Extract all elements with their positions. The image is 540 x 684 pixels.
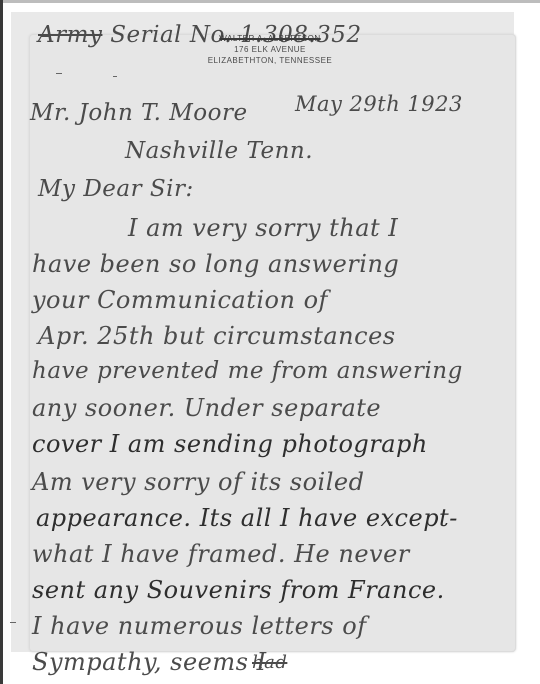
body-line: have been so long answering bbox=[32, 250, 399, 278]
margin-mark bbox=[56, 73, 62, 74]
body-line: cover I am sending photograph bbox=[32, 430, 428, 458]
body-line: Apr. 25th but circumstances bbox=[38, 322, 396, 350]
letterhead-city: ELIZABETHTON, TENNESSEE bbox=[10, 56, 530, 67]
letter-date: May 29th 1923 bbox=[295, 92, 463, 116]
body-line: what I have framed. He never bbox=[32, 540, 410, 568]
last-line-text: Sympathy, seems I bbox=[32, 648, 267, 676]
body-line: Am very sorry of its soiled bbox=[32, 468, 364, 496]
recipient-name: Mr. John T. Moore bbox=[30, 100, 248, 126]
body-line: appearance. Its all I have except- bbox=[36, 504, 458, 532]
body-line: I have numerous letters of bbox=[32, 612, 367, 640]
margin-mark bbox=[10, 622, 16, 623]
left-border bbox=[0, 0, 3, 684]
body-line: sent any Souvenirs from France. bbox=[32, 576, 445, 604]
body-line-last: had Sympathy, seems I bbox=[32, 648, 267, 676]
margin-mark bbox=[113, 76, 117, 77]
body-line: have prevented me from answering bbox=[32, 358, 463, 384]
top-border bbox=[0, 0, 540, 3]
salutation: My Dear Sir: bbox=[38, 176, 194, 202]
letterhead-name: WALTER A. ALBERTSON bbox=[10, 34, 530, 45]
body-line: your Communication of bbox=[32, 286, 328, 314]
body-line: I am very sorry that I bbox=[128, 214, 398, 242]
recipient-location: Nashville Tenn. bbox=[125, 138, 313, 164]
body-line: any sooner. Under separate bbox=[32, 394, 381, 422]
struck-word-had: had bbox=[252, 652, 287, 673]
letterhead-street: 176 ELK AVENUE bbox=[10, 45, 530, 56]
letterhead: WALTER A. ALBERTSON 176 ELK AVENUE ELIZA… bbox=[10, 34, 530, 67]
